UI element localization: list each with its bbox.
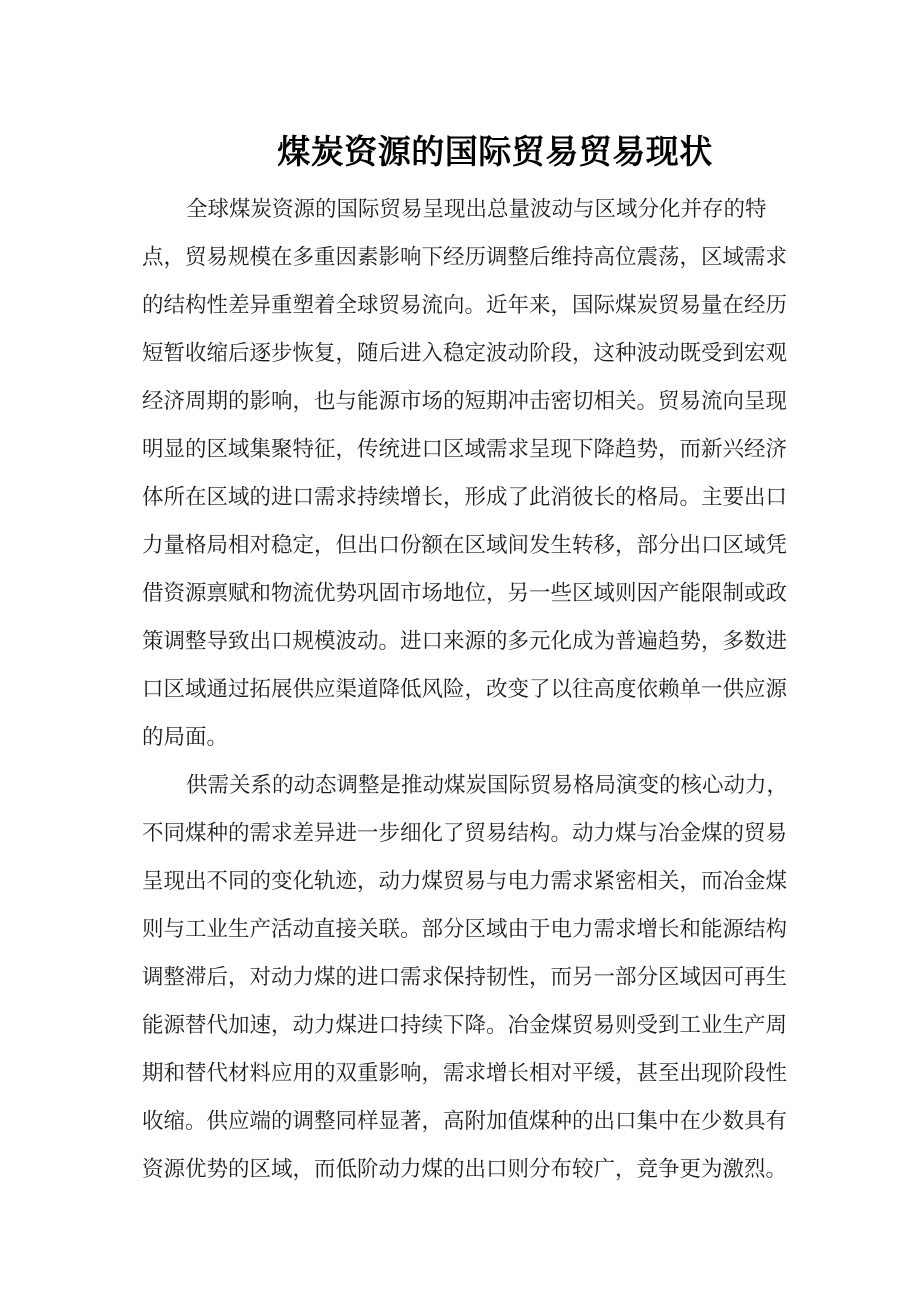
paragraph-line: 明显的区域集聚特征，传统进口区域需求呈现下降趋势，而新兴经济 (142, 426, 792, 474)
paragraph-line: 策调整导致出口规模波动。进口来源的多元化成为普遍趋势，多数进 (142, 618, 792, 666)
paragraph-line: 的结构性差异重塑着全球贸易流向。近年来，国际煤炭贸易量在经历 (142, 282, 792, 330)
paragraph-line: 口区域通过拓展供应渠道降低风险，改变了以往高度依赖单一供应源 (142, 666, 792, 714)
document-body: 全球煤炭资源的国际贸易呈现出总量波动与区域分化并存的特 点，贸易规模在多重因素影… (142, 186, 792, 1194)
paragraph-line: 能源替代加速，动力煤进口持续下降。冶金煤贸易则受到工业生产周 (142, 1002, 792, 1050)
paragraph-line: 供需关系的动态调整是推动煤炭国际贸易格局演变的核心动力， (142, 762, 792, 810)
document-title: 煤炭资源的国际贸易贸易现状 (0, 130, 920, 174)
paragraph-line: 短暂收缩后逐步恢复，随后进入稳定波动阶段，这种波动既受到宏观 (142, 330, 792, 378)
paragraph-line: 不同煤种的需求差异进一步细化了贸易结构。动力煤与冶金煤的贸易 (142, 810, 792, 858)
document-page: 煤炭资源的国际贸易贸易现状 全球煤炭资源的国际贸易呈现出总量波动与区域分化并存的… (0, 0, 920, 1302)
paragraph-line: 调整滞后，对动力煤的进口需求保持韧性，而另一部分区域因可再生 (142, 954, 792, 1002)
paragraph-line: 收缩。供应端的调整同样显著，高附加值煤种的出口集中在少数具有 (142, 1098, 792, 1146)
paragraph-line: 经济周期的影响，也与能源市场的短期冲击密切相关。贸易流向呈现 (142, 378, 792, 426)
paragraph-1: 全球煤炭资源的国际贸易呈现出总量波动与区域分化并存的特 点，贸易规模在多重因素影… (142, 186, 792, 762)
paragraph-line: 则与工业生产活动直接关联。部分区域由于电力需求增长和能源结构 (142, 906, 792, 954)
paragraph-line: 全球煤炭资源的国际贸易呈现出总量波动与区域分化并存的特 (142, 186, 792, 234)
paragraph-line: 借资源禀赋和物流优势巩固市场地位，另一些区域则因产能限制或政 (142, 570, 792, 618)
paragraph-line: 体所在区域的进口需求持续增长，形成了此消彼长的格局。主要出口 (142, 474, 792, 522)
paragraph-line: 期和替代材料应用的双重影响，需求增长相对平缓，甚至出现阶段性 (142, 1050, 792, 1098)
paragraph-line: 资源优势的区域，而低阶动力煤的出口则分布较广，竞争更为激烈。 (142, 1146, 792, 1194)
paragraph-line: 的局面。 (142, 714, 792, 762)
paragraph-line: 力量格局相对稳定，但出口份额在区域间发生转移，部分出口区域凭 (142, 522, 792, 570)
paragraph-line: 点，贸易规模在多重因素影响下经历调整后维持高位震荡，区域需求 (142, 234, 792, 282)
paragraph-2: 供需关系的动态调整是推动煤炭国际贸易格局演变的核心动力， 不同煤种的需求差异进一… (142, 762, 792, 1194)
paragraph-line: 呈现出不同的变化轨迹，动力煤贸易与电力需求紧密相关，而冶金煤 (142, 858, 792, 906)
